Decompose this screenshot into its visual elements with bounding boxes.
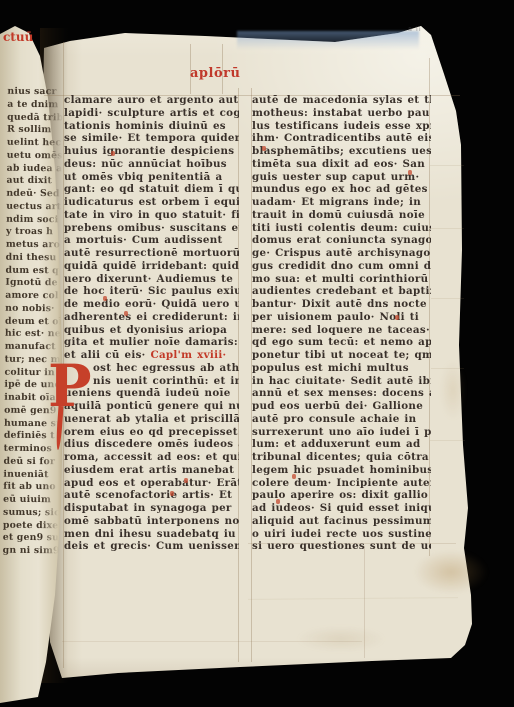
text-line: autē scenofactorie artis· Et: [64, 489, 239, 502]
text-line: gus credidit dno cum omni do: [252, 260, 431, 273]
text-line: in hac ciuitate· Sedit autē ibi: [252, 375, 431, 388]
text-line: de medio eorū· Quidā uero uiri: [64, 298, 239, 311]
text-line: deū si for: [3, 455, 60, 468]
text-line: huius ignorantie despiciens: [64, 145, 239, 158]
edge-stain: [440, 360, 466, 420]
text-line: a mortuis· Cum audissent: [64, 234, 239, 247]
text-line: clamare auro et argento aut: [64, 94, 239, 107]
text-line: ndeū· Sed: [6, 188, 63, 201]
text-line: omē sabbatū interponens no: [64, 515, 239, 528]
text-line: poete dixe: [3, 519, 60, 532]
text-line: trauit in domū cuiusdā noīe: [252, 209, 431, 222]
text-line: ut omēs vbiq penitentiā a: [64, 171, 239, 184]
rubricated-capital-mark: [111, 151, 115, 156]
text-line: Ignotū de: [5, 277, 62, 290]
text-line: ab iudea a: [7, 162, 64, 175]
rubricated-capital-mark: [184, 478, 188, 483]
text-line: uectus art: [6, 200, 63, 213]
text-line: fit ab uno: [3, 481, 60, 494]
text-line: nius sacr: [7, 86, 64, 99]
text-line: uero dixerunt· Audiemus te: [64, 273, 239, 286]
text-line: iudicaturus est orbem ī equi: [64, 196, 239, 209]
text-line: a te dnim: [7, 98, 64, 111]
ink-stain: [414, 550, 488, 594]
text-line: timēta sua dixit ad eos· San: [252, 158, 431, 171]
text-line: bantur· Dixit autē dns nocte: [252, 298, 431, 311]
text-line: et gen9 su: [3, 532, 60, 545]
text-line: tribunal dicentes; quia cōtra: [252, 451, 431, 464]
text-line: lum: et adduxerunt eum ad: [252, 438, 431, 451]
parchment-crease: [431, 368, 464, 369]
text-line: quibus et dyonisius ariopa: [64, 324, 239, 337]
text-line: dni thesu: [6, 251, 63, 264]
folio-pencil-mark: a ii: [408, 25, 422, 33]
text-line: colere deum· Incipiente autem: [252, 477, 431, 490]
right-text-column: autē de macedonia sylas et thimotheus: i…: [252, 94, 431, 556]
rubricated-capital-mark: [103, 296, 107, 301]
rubricated-capital-mark: [395, 315, 399, 320]
text-line: audientes credebant et baptiza: [252, 285, 431, 298]
text-line: inueniāt: [3, 468, 60, 481]
text-line: o uiri iudei recte uos sustinerē:: [252, 528, 431, 541]
text-line: mo sua: et multi corinthiorū: [252, 273, 431, 286]
text-line: metus aro: [6, 239, 63, 252]
text-line: gn ni sim9: [3, 545, 60, 558]
text-line: deum et oī: [5, 315, 62, 328]
text-line: R sollim: [7, 124, 64, 137]
chapter-rubric: Capl'm xviii·: [150, 349, 226, 361]
rubricated-capital-mark: [408, 170, 412, 175]
parchment-crease: [430, 165, 464, 166]
text-line: mere: sed loquere ne taceas·: [252, 324, 431, 337]
text-line: aliquid aut facinus pessimum: [252, 515, 431, 528]
faint-stain: [296, 626, 386, 652]
text-line: gant: eo qd statuit diem ī quo: [64, 183, 239, 196]
text-line: ponetur tibi ut noceat te; qm: [252, 349, 431, 362]
text-line: eū uiuim: [3, 494, 60, 507]
text-line: tationis hominis diuinū es: [64, 120, 239, 133]
text-line: uelint hec: [7, 137, 64, 150]
text-line: uadam· Et migrans inde; in: [252, 196, 431, 209]
chapter-initial: P: [48, 358, 92, 414]
rubricated-capital-mark: [170, 491, 174, 496]
text-line: orem eius eo qd precepisset clau: [64, 426, 239, 439]
text-line: ndim soci: [6, 213, 63, 226]
text-line: guis uester sup caput urm·: [252, 171, 431, 184]
text-line: definiēs t: [4, 430, 61, 443]
text-line: qd ego sum tecū: et nemo ap: [252, 336, 431, 349]
text-line: autē pro consule achaie in: [252, 413, 431, 426]
text-line: lus testificans iudeis esse xpm: [252, 120, 431, 133]
text-line: ihm· Contradicentibs autē eis et: [252, 132, 431, 145]
rubricated-capital-mark: [262, 146, 266, 151]
ruling-line: [62, 641, 362, 642]
text-line: deis et grecis· Cum uenissent: [64, 540, 239, 553]
text-line: terminos: [4, 443, 61, 456]
text-line: no nobis·: [5, 302, 62, 315]
text-line: prebens omibus· suscitans eū: [64, 222, 239, 235]
ruling-line: [364, 546, 365, 658]
text-line: apud eos et operabatur· Erāt: [64, 477, 239, 490]
text-line: deus: nūc annūciat hoībus: [64, 158, 239, 171]
text-line: quedā trib: [7, 111, 64, 124]
text-line: domus erat coniuncta synago: [252, 234, 431, 247]
facing-page-header-fragment: ctuū: [3, 30, 33, 44]
text-line: ge· Crispus autē archisynago: [252, 247, 431, 260]
text-line: lapidi· sculpture artis et cogi: [64, 107, 239, 120]
text-line: autē de macedonia sylas et thi: [252, 94, 431, 107]
text-line: autē resurrectionē mortuorū:: [64, 247, 239, 260]
text-line: men dni ihesu suadebatq iu: [64, 528, 239, 541]
text-line: annū et sex menses: docens a: [252, 387, 431, 400]
parchment-crease: [430, 440, 465, 441]
text-line: amore col: [5, 290, 62, 303]
text-line: adherentes ei crediderunt: in: [64, 311, 239, 324]
text-line: dum est q: [6, 264, 63, 277]
rubricated-capital-mark: [124, 311, 128, 316]
text-line: titi iusti colentis deum: cuius: [252, 222, 431, 235]
text-line: mundus ego ex hoc ad gētes: [252, 183, 431, 196]
manuscript-photo: ctuū nius sacra te dnimquedā tribR solli…: [0, 0, 514, 707]
text-line: dius discedere omēs iudeos a: [64, 438, 239, 451]
facing-page-text-column: nius sacra te dnimquedā tribR sollimueli…: [2, 86, 64, 565]
text-line: roma, accessit ad eos: et quia: [64, 451, 239, 464]
text-line: si uero questiones sunt de uerbo: [252, 540, 431, 553]
text-line: tate in viro in quo statuit· fidē: [64, 209, 239, 222]
text-line: gita et mulier noīe damaris:: [64, 336, 239, 349]
text-line: y troas h: [6, 226, 63, 239]
text-line: disputabat in synagoga per: [64, 502, 239, 515]
text-line: se simile· Et tempora quidem: [64, 132, 239, 145]
running-header: aplōrū: [190, 66, 240, 81]
text-line: blasphemātibs; excutiens ues: [252, 145, 431, 158]
text-line: populus est michi multus: [252, 362, 431, 375]
text-line: sumus; sic: [3, 506, 60, 519]
text-line: motheus: instabat uerbo pau: [252, 107, 431, 120]
text-line: aut dixit: [6, 175, 63, 188]
parchment-crease: [430, 228, 464, 229]
text-line: per uisionem paulo· Noli ti: [252, 311, 431, 324]
text-line: uetu omēs: [7, 149, 64, 162]
text-line: hic est· ne: [5, 328, 62, 341]
text-line: pud eos uerbū dei· Gallione: [252, 400, 431, 413]
rubricated-capital-mark: [276, 499, 280, 504]
text-line: de hoc iterū· Sic paulus exiuit: [64, 285, 239, 298]
text-line: eiusdem erat artis manebat: [64, 464, 239, 477]
left-text-column: clamare auro et argento autlapidi· sculp…: [64, 94, 239, 556]
text-line: surrexerunt uno aīo iudei ī pau: [252, 426, 431, 439]
text-line: legem hic psuadet hominibus: [252, 464, 431, 477]
rubricated-capital-mark: [292, 474, 296, 479]
parchment-crease: [431, 298, 464, 299]
blue-stain: [237, 31, 419, 53]
text-line: quidā quidē irridebant: quidā: [64, 260, 239, 273]
